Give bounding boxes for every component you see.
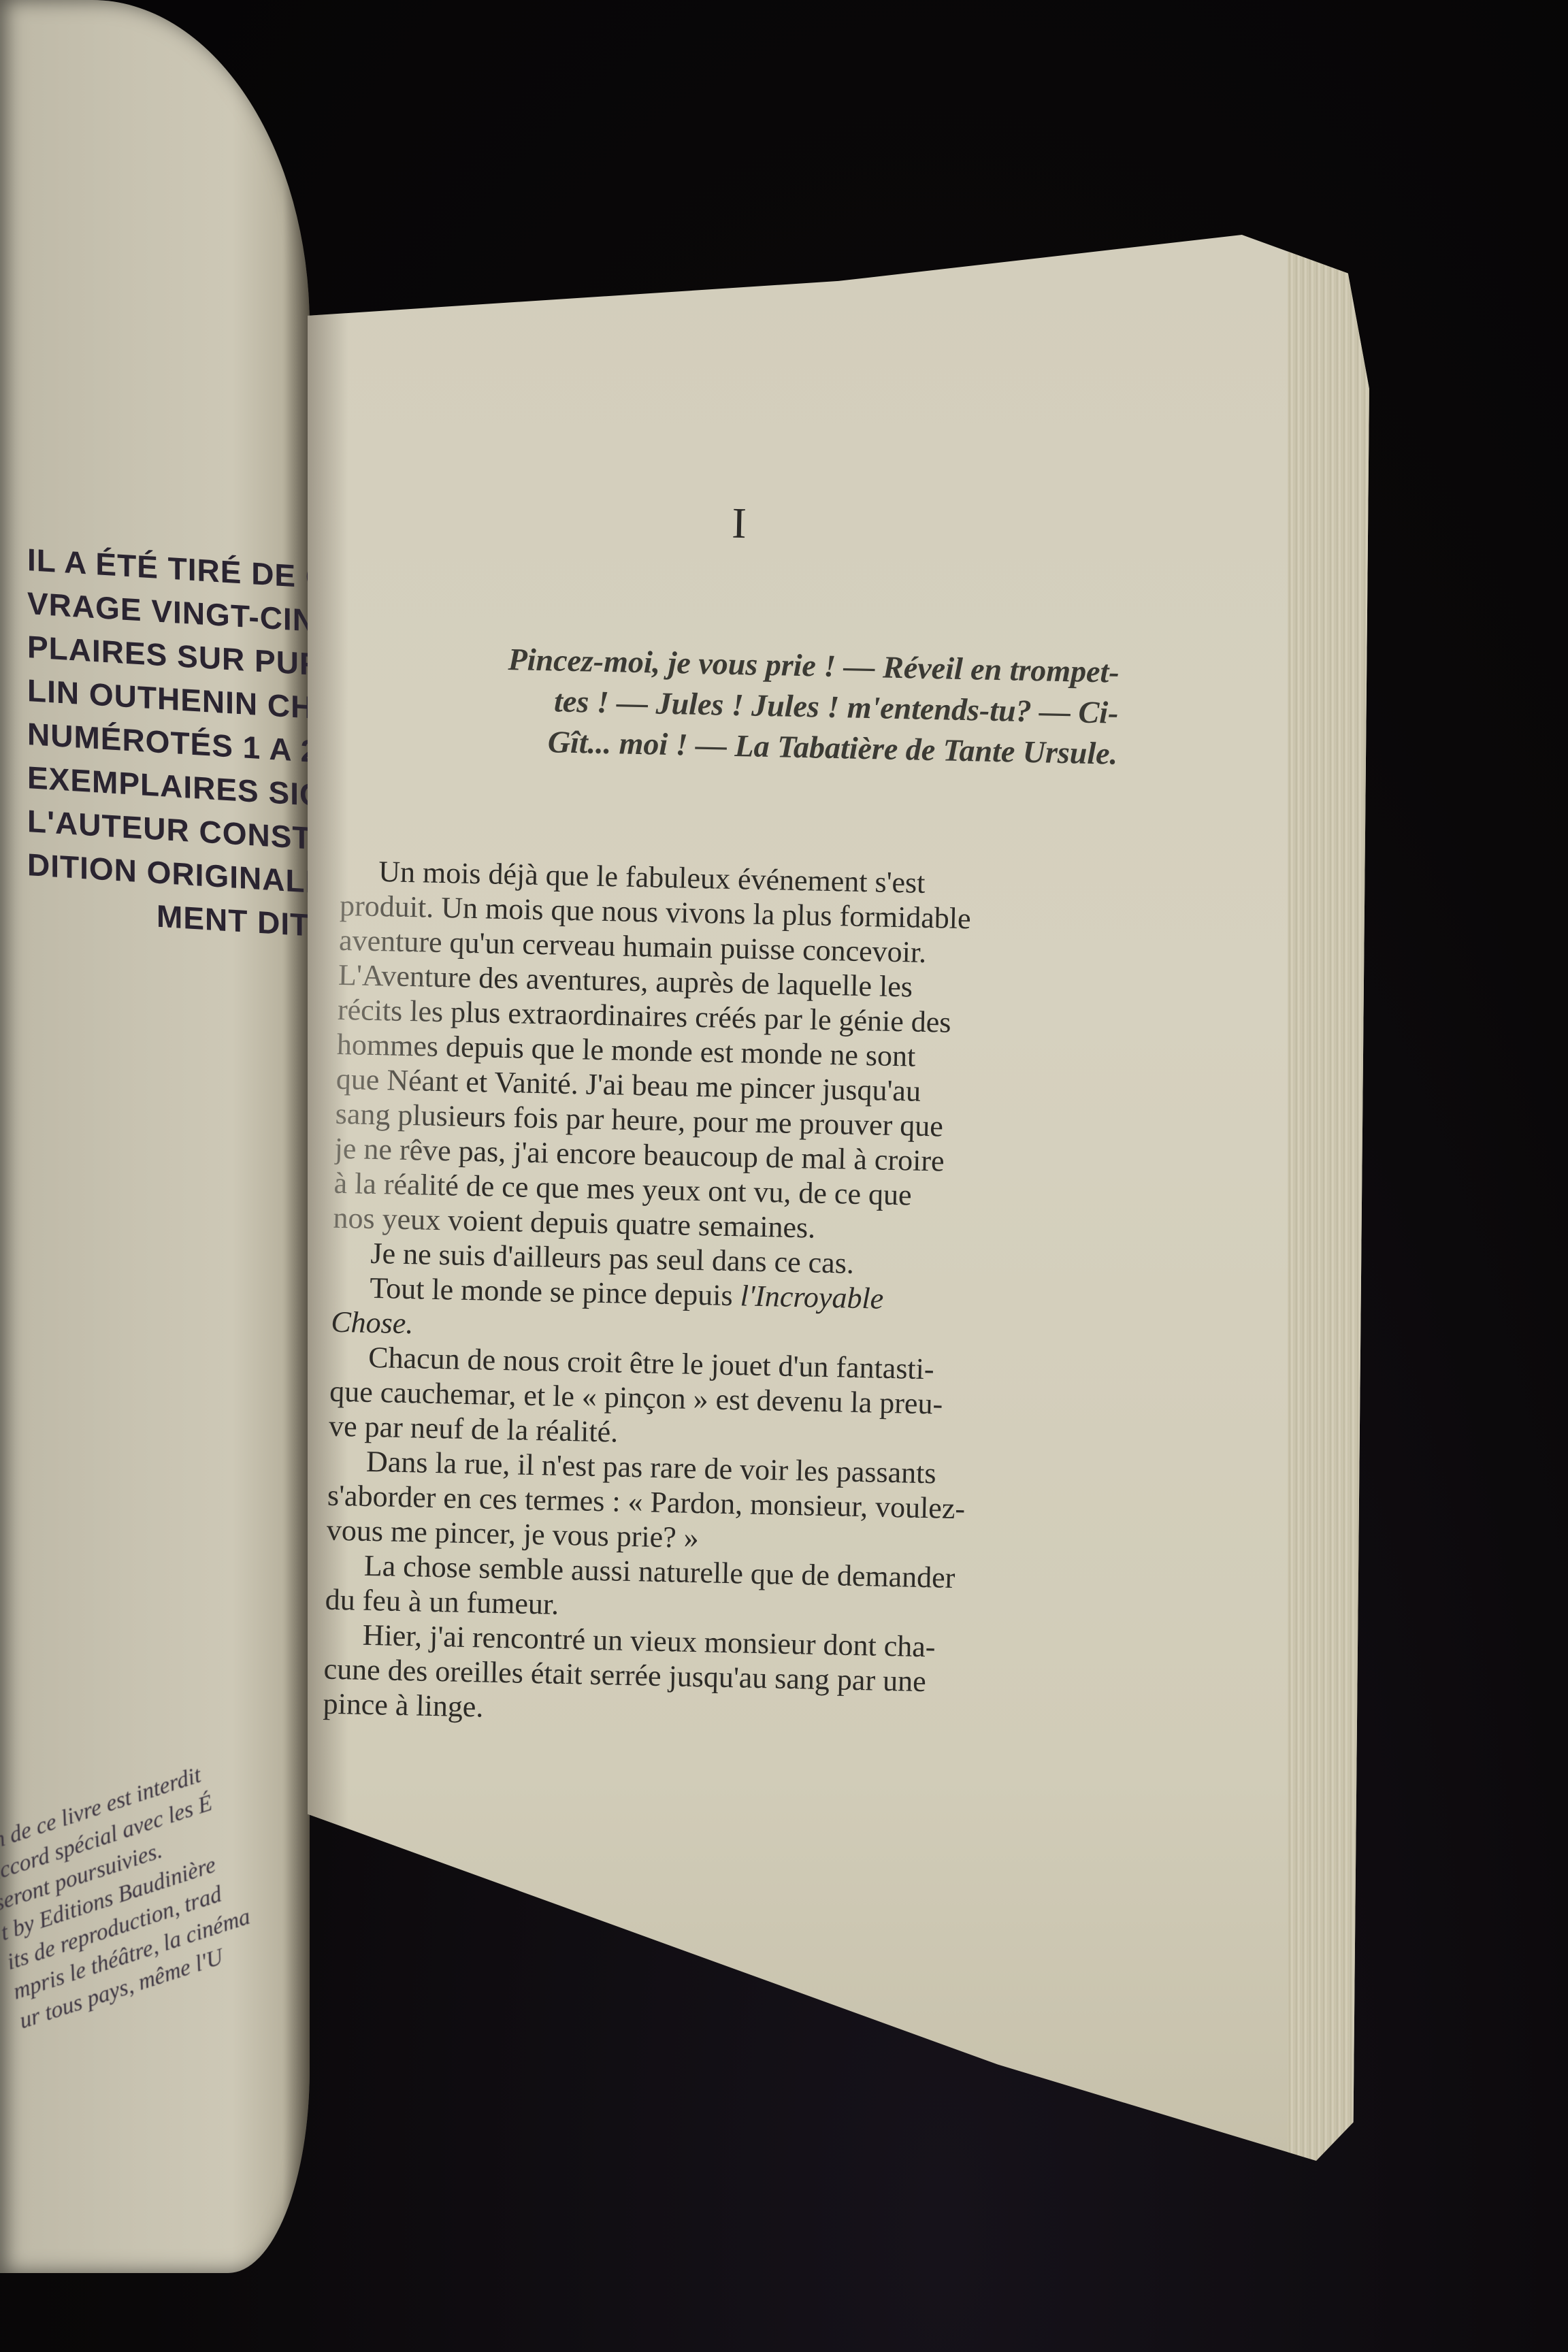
colophon-justification-du-tirage: IL A ÉTÉ TIRÉ DE CET VRAGE VINGT-CINQ EX… [27,538,313,947]
chapter-body: Un mois déjà que le fabuleux événement s… [323,853,1123,1737]
body-line-italic: l'Incroyable [740,1279,884,1315]
body-line-text: pince à linge. [323,1687,484,1724]
chapter-text-block: I Pincez-moi, je vous prie ! — Réveil en… [323,490,1131,1737]
body-line-text: Tout le monde se pince depuis [370,1271,740,1312]
body-line-italic: Chose. [331,1305,414,1341]
chapter-summary: Pincez-moi, je vous prie ! — Réveil en t… [343,636,1128,774]
body-line-text: du feu à un fumeur. [325,1583,559,1621]
body-line-text: ve par neuf de la réalité. [329,1409,619,1449]
